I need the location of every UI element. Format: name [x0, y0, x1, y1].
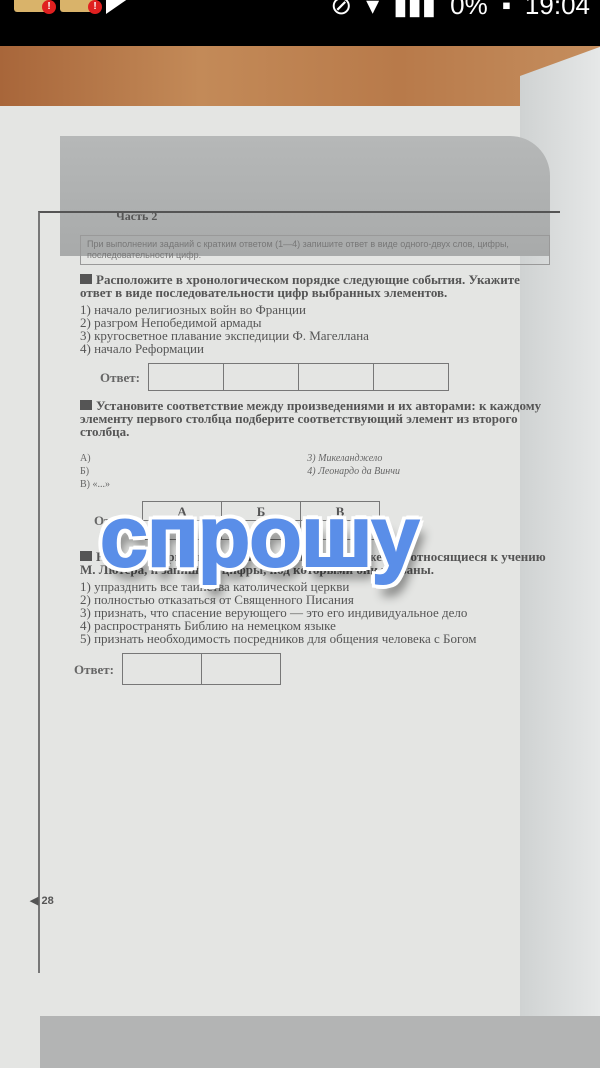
page-content: Часть 2 При выполнении заданий с кратким… [80, 210, 550, 693]
option: 4) начало Реформации [80, 342, 550, 355]
page-number: ◀ 28 [30, 894, 54, 907]
sticker-text: спрошу [100, 488, 418, 587]
answer-cells [122, 653, 281, 685]
instructions-box: При выполнении заданий с кратким ответом… [80, 235, 550, 265]
answer-cell [202, 654, 280, 684]
left-item: А) [80, 452, 110, 465]
task-number-icon [80, 551, 92, 561]
status-icons: ⊘ ▾ ▮▮▮ 0% ▪ 19:04 [330, 0, 590, 21]
battery-icon: ▪ [502, 0, 511, 21]
answer-cell [123, 654, 202, 684]
left-item: Б) [80, 465, 110, 478]
wifi-icon: ▾ [366, 0, 379, 21]
answer-cell [149, 364, 224, 390]
task-number-icon [80, 400, 92, 410]
notification-icon: ! [14, 0, 50, 12]
notification-icon: ! [60, 0, 96, 12]
option: 5) признать необходимость посредников дл… [80, 632, 550, 645]
task-1: Расположите в хронологическом порядке сл… [80, 273, 550, 391]
clock: 19:04 [525, 0, 590, 21]
page-footer-band [40, 1016, 600, 1068]
answer-cell [299, 364, 374, 390]
right-item: 4) Леонардо да Винчи [307, 465, 400, 478]
page-number-text: 28 [42, 895, 54, 907]
signal-icon: ▮▮▮ [393, 0, 436, 21]
battery-percent: 0% [450, 0, 488, 21]
answer-cell [374, 364, 448, 390]
answer-cell [224, 364, 299, 390]
alert-badge-icon: ! [88, 0, 102, 14]
status-bar: ! ! ⊘ ▾ ▮▮▮ 0% ▪ 19:04 [0, 0, 600, 46]
nfc-icon: ⊘ [330, 0, 352, 21]
right-item: 3) Микеланджело [307, 452, 400, 465]
task-2-text: Установите соответствие между произведен… [80, 398, 541, 439]
answer-label: Ответ: [100, 371, 140, 384]
task-1-text: Расположите в хронологическом порядке сл… [80, 272, 520, 300]
answer-label: Ответ: [74, 663, 114, 676]
alert-badge-icon: ! [42, 0, 56, 14]
answer-cells [148, 363, 449, 391]
part-title: Часть 2 [116, 210, 550, 223]
play-store-icon [106, 0, 132, 14]
task-number-icon [80, 274, 92, 284]
